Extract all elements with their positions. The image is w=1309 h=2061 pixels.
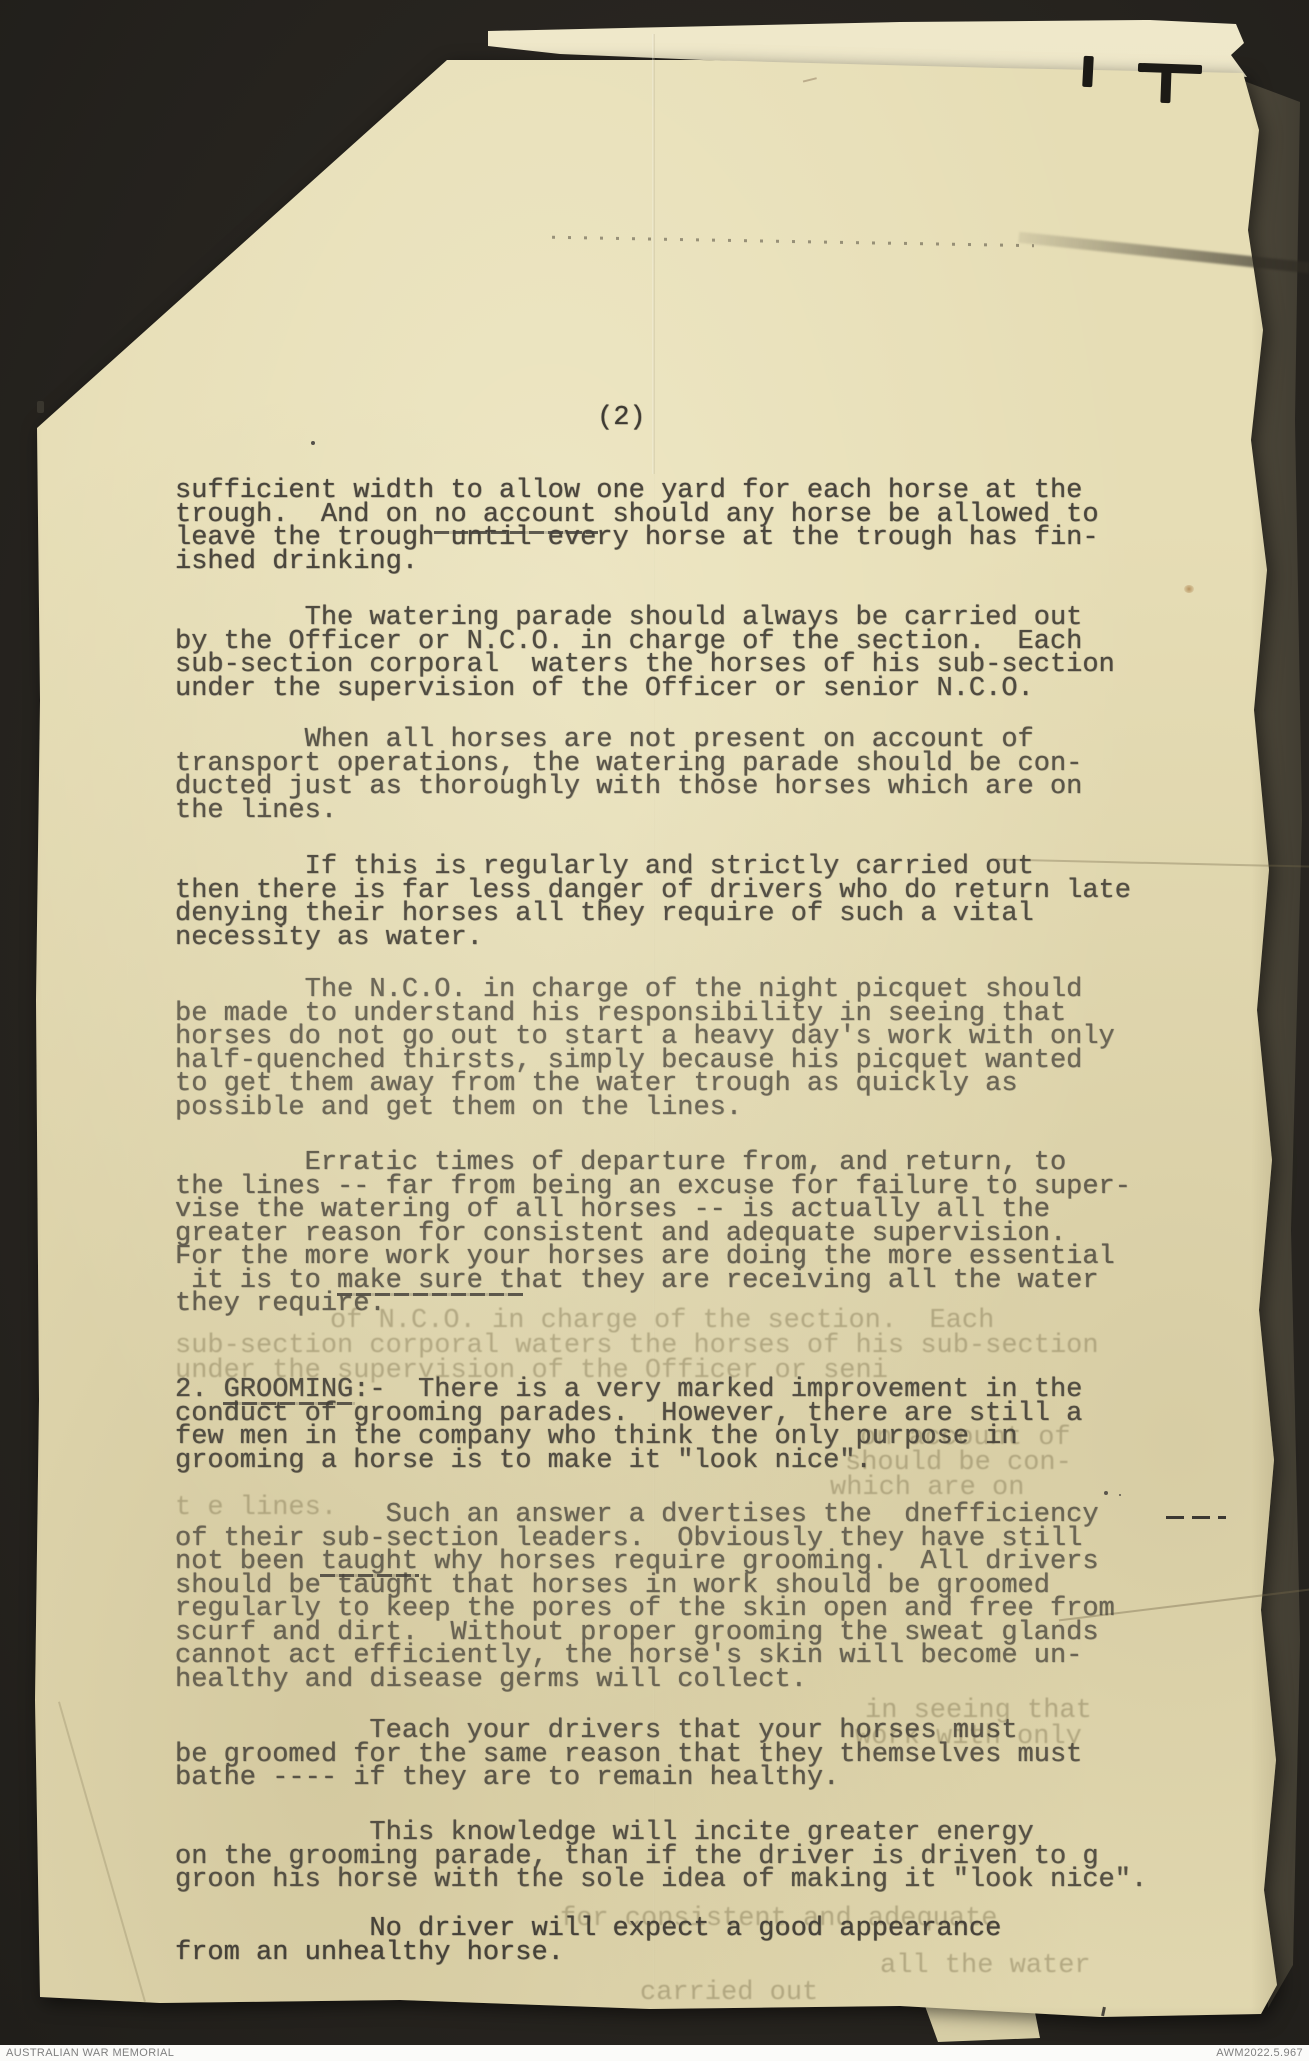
ink-speck-pair xyxy=(1104,1491,1108,1495)
bleed-through-text: carried out xyxy=(640,1982,818,2006)
bleed-through-text: which are on xyxy=(830,1477,1024,1501)
scanned-document-photo: of N.C.O. in charge of the section. Each… xyxy=(0,0,1309,2061)
typed-underline-make-sure xyxy=(337,1293,523,1296)
page-number: (2) xyxy=(597,407,646,431)
archive-footer-accession: AWM2022.5.967 xyxy=(1216,2045,1303,2061)
ink-dash-mark xyxy=(1166,1516,1226,1519)
paragraph-driver-expectation: No driver will expect a good appearance … xyxy=(175,1918,1001,1965)
archive-footer-source: AUSTRALIAN WAR MEMORIAL xyxy=(6,2045,174,2061)
paragraph-watering-parade: The watering parade should always be car… xyxy=(175,607,1115,701)
edge-notch-mark xyxy=(37,401,44,413)
ink-speck xyxy=(311,441,315,445)
typed-underline-no-account xyxy=(434,531,598,534)
vertical-fold-crease xyxy=(652,34,655,474)
paragraph-grooming-teaching: Such an answer a dvertises the dnefficie… xyxy=(175,1504,1115,1692)
typed-underline-grooming xyxy=(223,1402,355,1405)
paragraph-regular-watering: If this is regularly and strictly carrie… xyxy=(175,856,1131,950)
ink-mark-letter-t-stem xyxy=(1160,66,1171,103)
archive-footer-strip: AUSTRALIAN WAR MEMORIAL AWM2022.5.967 xyxy=(0,2045,1309,2061)
paragraph-teach-drivers: Teach your drivers that your horses must… xyxy=(175,1720,1082,1791)
paragraph-night-picquet: The N.C.O. in charge of the night picque… xyxy=(175,979,1115,1120)
paragraph-erratic-times: Erratic times of departure from, and ret… xyxy=(175,1152,1131,1317)
paragraph-horses-absent: When all horses are not present on accou… xyxy=(175,729,1082,823)
paragraph-trough-width: sufficient width to allow one yard for e… xyxy=(175,480,1099,574)
rust-stain xyxy=(1184,585,1194,593)
bleed-through-text: sub-section corporal waters the horses o… xyxy=(175,1335,1099,1359)
section-heading-grooming: 2. GROOMING:- There is a very marked imp… xyxy=(175,1379,1082,1473)
typed-underline-taught xyxy=(320,1574,419,1577)
ink-mark-partial-letter xyxy=(1082,56,1094,87)
paragraph-knowledge-energy: This knowledge will incite greater energ… xyxy=(175,1822,1147,1893)
